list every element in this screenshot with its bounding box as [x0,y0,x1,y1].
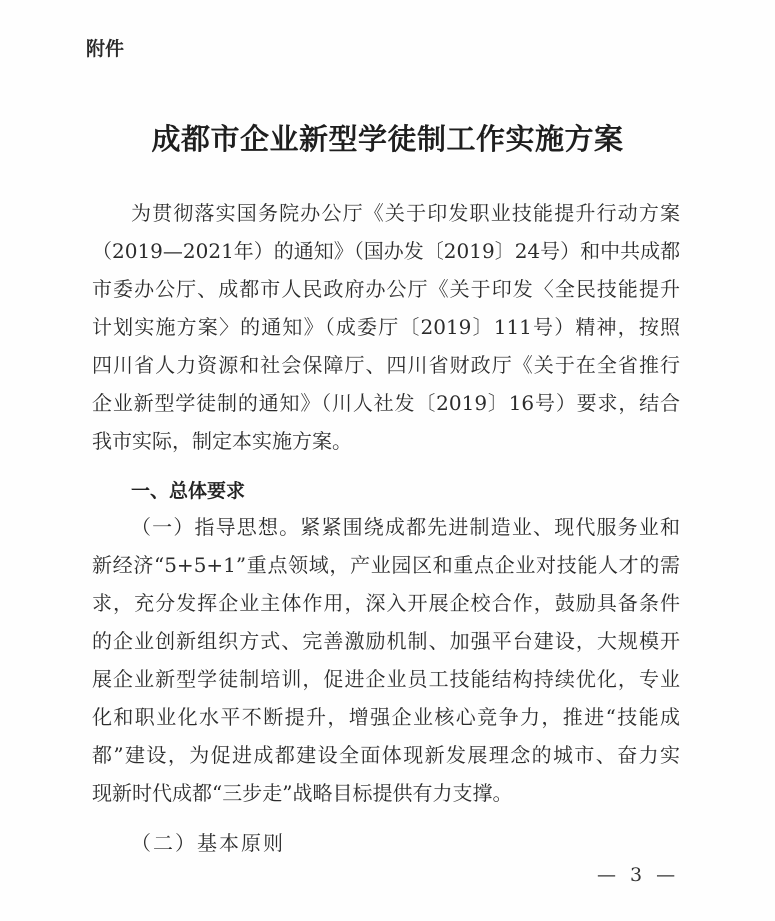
paragraph-line: 为贯彻落实国务院办公厅《关于印发职业技能提升行动方案 [131,196,680,230]
document-title: 成都市企业新型学徒制工作实施方案 [0,117,775,158]
paragraph-line: 四川省人力资源和社会保障厅、四川省财政厅《关于在全省推行 [92,348,680,382]
subsection-heading: （二）基本原则 [131,826,285,860]
paragraph-line: 的企业创新组织方式、完善激励机制、加强平台建设，大规模开 [92,624,680,658]
paragraph-line: （一）指导思想。紧紧围绕成都先进制造业、现代服务业和 [131,510,680,544]
paragraph-line: 化和职业化水平不断提升，增强企业核心竞争力，推进“技能成 [92,700,680,734]
attachment-label: 附件 [86,34,124,61]
paragraph-line: 求，充分发挥企业主体作用，深入开展企校合作，鼓励具备条件 [92,586,680,620]
document-page: 附件 成都市企业新型学徒制工作实施方案 为贯彻落实国务院办公厅《关于印发职业技能… [0,0,775,921]
paragraph-line: 新经济“5+5+1”重点领域，产业园区和重点企业对技能人才的需 [92,548,680,582]
page-number: — 3 — [597,864,679,886]
paragraph-line: （2019—2021年）的通知》（国办发〔2019〕24号）和中共成都 [92,234,680,268]
paragraph-line: 展企业新型学徒制培训，促进企业员工技能结构持续优化，专业 [92,662,680,696]
paragraph-line: 现新时代成都“三步走”战略目标提供有力支撑。 [92,776,680,810]
paragraph-line: 都”建设，为促进成都建设全面体现新发展理念的城市、奋力实 [92,738,680,772]
paragraph-line: 市委办公厅、成都市人民政府办公厅《关于印发〈全民技能提升 [92,272,680,306]
paragraph-line: 我市实际，制定本实施方案。 [92,424,680,458]
section-heading: 一、总体要求 [131,474,245,508]
paragraph-line: 企业新型学徒制的通知》（川人社发〔2019〕16号）要求，结合 [92,386,680,420]
paragraph-line: 计划实施方案〉的通知》（成委厅〔2019〕111号）精神，按照 [92,310,680,344]
